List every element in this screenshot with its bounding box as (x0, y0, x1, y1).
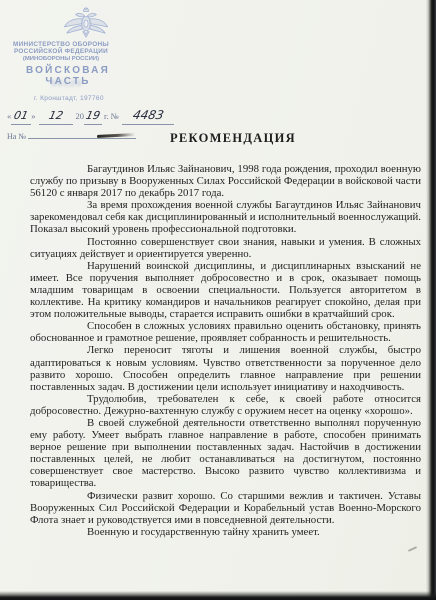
printed-g-no: г. № (104, 111, 119, 121)
month-underline: 12 (39, 110, 73, 125)
scanned-recommendation-document: МИНИСТЕРСТВО ОБОРОНЫ РОССИЙСКОЙ ФЕДЕРАЦИ… (0, 0, 436, 600)
body-paragraph: Военную и государственную тайну хранить … (30, 526, 421, 538)
double-headed-eagle-icon (62, 6, 110, 42)
document-title: РЕКОМЕНДАЦИЯ (45, 131, 421, 146)
date-number-line: «01»122019г. №4483 (7, 110, 174, 128)
body-paragraph: Постоянно совершенствует свои знания, на… (30, 236, 421, 260)
handwritten-day: 01 (13, 110, 29, 121)
body-paragraph: Трудолюбив, требователен к себе, к своей… (30, 393, 421, 417)
scan-edge-bottom (0, 591, 436, 600)
city-postal-line: г. Кронштадт, 197760 (34, 95, 104, 102)
body-paragraph: Нарушений воинской дисциплины, и дисципл… (30, 260, 421, 320)
body-paragraph: В своей служебной деятельности ответстве… (30, 417, 421, 490)
military-unit-number-blurred: 56120 (32, 78, 102, 88)
year-underline: 19 (84, 110, 102, 125)
handwritten-doc-number: 4483 (131, 110, 164, 121)
ministry-line-3: (МИНОБОРОНЫ РОССИИ) (0, 56, 122, 63)
handwritten-year: 19 (85, 110, 101, 121)
scan-edge-right (426, 0, 436, 600)
printed-century: 20 (76, 111, 85, 121)
body-paragraph: Способен в сложных условиях правильно оц… (30, 320, 421, 344)
day-underline: 01 (11, 110, 31, 125)
body-paragraph: Легко переносит тяготы и лишения военной… (30, 344, 421, 392)
small-pen-mark (408, 546, 417, 552)
body-paragraph: За время прохождения военной службы Бага… (30, 199, 421, 235)
close-quote: » (31, 111, 35, 121)
ministry-stamp-text: МИНИСТЕРСТВО ОБОРОНЫ РОССИЙСКОЙ ФЕДЕРАЦИ… (0, 42, 122, 62)
ministry-line-2: РОССИЙСКОЙ ФЕДЕРАЦИИ (0, 49, 122, 56)
body-paragraph: Физически развит хорошо. Со старшими веж… (30, 490, 421, 526)
body-paragraph: Багаутдинов Ильяс Зайнанович, 1998 года … (30, 163, 421, 199)
na-no-label: На № (7, 132, 26, 141)
document-body: Багаутдинов Ильяс Зайнанович, 1998 года … (30, 163, 421, 538)
number-underline: 4483 (122, 110, 174, 125)
handwritten-month: 12 (47, 110, 63, 121)
